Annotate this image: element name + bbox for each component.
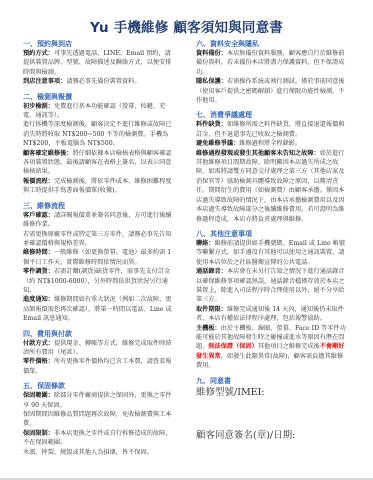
consent-document: Yu 手機維修 顧客須知與同意書 一、預約與到店 預約方式：可事先透過電話、LI… <box>0 0 373 478</box>
parts-shortage: 料件缺貨：如維修所需之料件缺貨，將直接退還報價與訂金，但不退還事先已收取之檢測費… <box>196 120 349 139</box>
store-notice: 到店注意事項：請務必事先備份裝置資料。 <box>23 77 173 86</box>
confirm-repair: 顧客確定維修後：將仔細依據本店檢核表格與顧客確認各項裝置狀態，最後請顧客在表格上… <box>23 149 173 177</box>
warranty-exclusion: 水濱、摔裂、燒毀或其他人為損壞，皆不保固。 <box>23 448 173 457</box>
inspection-fee: 進行拆機等深度檢測後，顧客決定不進行維修或故障已消失時將收取 NT$200~50… <box>23 120 173 148</box>
mainboard-notice: 主機板：由於主機板、線圈、螢幕、Face ID 等零件功能可能於其他故障發生時之… <box>196 324 349 371</box>
avoid-dispute: 避免維修爭議：維修過程將全程錄影。 <box>196 139 349 148</box>
quote-process: 報價流程：完成檢測後，將依零件成本、維修困難程度與工時提供手寫書面報價單(收據)… <box>23 177 173 196</box>
payment-method: 付款方式：提供現金、轉帳等方式，維修完成取件時結清所有費用（尾款）。 <box>23 339 173 358</box>
section-heading-privacy: 六、資料安全與隱私 <box>196 39 349 49</box>
left-column: 一、預約與到店 預約方式：可事先透過電話、LINE、Email 預約，請提供裝置… <box>23 39 173 457</box>
progress-notice: 進度通知：維修期間如有重大狀況（例如二次故障、更高額報價需您再次確認），將第一時… <box>23 295 173 323</box>
parts-price: 零件價格：所有更換零件價格均已含工本費，請查看報價單。 <box>23 357 173 376</box>
section-heading-repair-process: 三、維修流程 <box>23 201 173 211</box>
data-backup: 資料備份：本店無備份資料服務，顧客應自行於維修前備份資料，若未備份本店將盡力保護… <box>196 49 349 77</box>
section-heading-consent: 九、同意書 <box>196 376 349 386</box>
section-heading-payment: 四、費用與付款 <box>23 329 173 339</box>
section-heading-other: 八、其他注意事項 <box>196 229 349 239</box>
parts-order: 零件調貨：若需訂購(調貨)缺貨零件，需事先支付訂金（約 NT$1000-6000… <box>23 267 173 295</box>
repair-time: 維修時間：一般維修（如更換螢幕、電池）最多約需 1 個平日工作天，實際維修時間依… <box>23 248 173 267</box>
signature-field-label: 顧客同意簽名(章)/日期: <box>196 429 349 442</box>
section-heading-booking: 一、預約與到店 <box>23 39 173 49</box>
imei-field-label: 維修型號/IMEI: <box>196 386 349 399</box>
pickup-deadline: 取件期限：維修完成通知後 14 天內，通知後仍未取件者，本店有權依法律程序處理，… <box>196 305 349 324</box>
booking-method: 預約方式：可事先透過電話、LINE、Email 預約，請提供裝置品牌、型號、故障… <box>23 49 173 77</box>
right-column: 六、資料安全與隱私 資料備份：本店無備份資料服務，顧客應自行於維修前備份資料，若… <box>196 39 349 442</box>
warranty-scope: 保固範圍：除部分零件廠商提供之保固外，更換之零件享 90 天保固。 <box>23 391 173 410</box>
document-title: Yu 手機維修 顧客須知與同意書 <box>0 16 373 36</box>
parts-notice: 若需更換原廠零件或特定第三方零件，請務必事先告知並確認價格與規格差異。 <box>23 230 173 249</box>
contact-info: 聯絡：維修前請提供如手機號碼、Email 或 Line 帳號等聯繫方式，如手邊沒… <box>196 239 349 267</box>
undisclosed-fault: 維修過程發現或發生其他顧客未告知之故障：如於進行其他維修項目間期故障，除明顯因本… <box>196 149 349 224</box>
section-heading-disputes: 七、消費爭議處理 <box>196 110 349 120</box>
warranty-repeat: 保固期間因維修品質問題再次故障，免收檢測費與工本費。 <box>23 410 173 429</box>
section-heading-inspection: 二、檢測與報價 <box>23 92 173 102</box>
initial-inspection: 初步檢測：免費進行基本功能確認（螢幕、按鍵、充電、通訊等）。 <box>23 102 173 121</box>
customer-confirm: 客戶確認：請詳閱報價單並簽名同意後，方可進行後續維修作業。 <box>23 211 173 230</box>
call-recording: 通話錄音：本店會在未另行告知之情況下進行通話錄音以確保維修事項確認無誤，通話錄音… <box>196 267 349 305</box>
no-warranty-warning: 無法保證（保固） <box>208 343 258 350</box>
warranty-limit: 保固限制：非本店更換之零件或自行拆修造成的故障，不在保固範圍。 <box>23 429 173 448</box>
section-heading-warranty: 五、保固條款 <box>23 381 173 391</box>
privacy-protection: 隱私保護：若需操作系統或執行測試，僅於事前同意後（使用客戶提供之密碼解鎖）進行僅… <box>196 77 349 105</box>
